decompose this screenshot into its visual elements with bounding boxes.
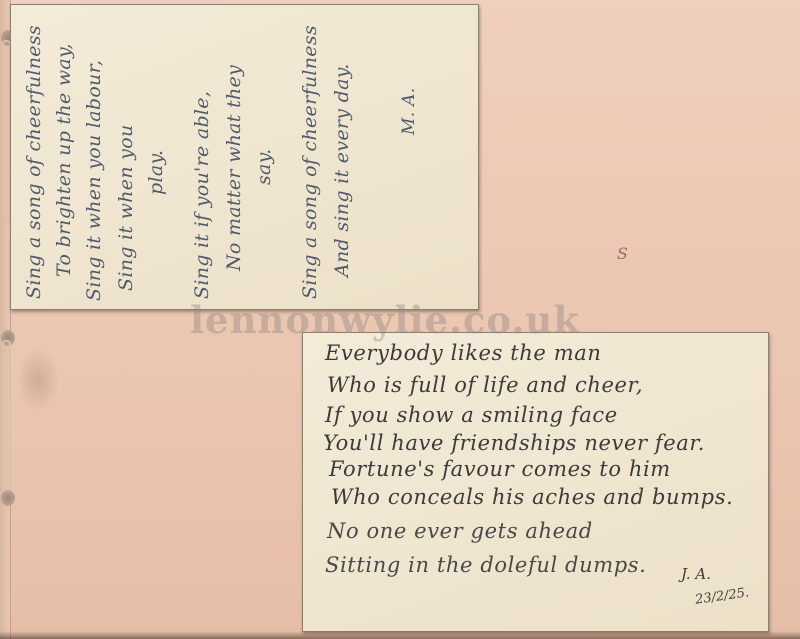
poem-line: If you show a smiling face: [325, 403, 618, 427]
poem-line: Sing a song of cheerfulness: [299, 25, 321, 299]
watermark: lennonwylie.co.uk: [190, 298, 580, 342]
poem-line: No one ever gets ahead: [327, 519, 593, 543]
binding-string-bottom: [2, 340, 11, 494]
poem-line: say.: [253, 148, 275, 185]
poem-line: And sing it every day.: [331, 63, 353, 277]
margin-mark: S: [617, 244, 628, 263]
poem-line: No matter what they: [223, 65, 245, 271]
poem-line: Sing it when you labour,: [83, 60, 105, 301]
poem-line: Sing a song of cheerfulness: [23, 25, 45, 299]
poem-line: To brighten up the way,: [53, 43, 75, 277]
binding-hole-bottom: [1, 490, 15, 506]
poem-line: Sing it when you: [115, 124, 137, 291]
poem-card-rotated: Sing a song of cheerfulness To brighten …: [10, 4, 479, 310]
poem-signature: M. A.: [399, 88, 419, 135]
poem-line: Who is full of life and cheer,: [327, 373, 643, 397]
poem-line: Fortune's favour comes to him: [329, 457, 671, 481]
poem-line: Sitting in the doleful dumps.: [325, 553, 646, 577]
poem-card-horizontal: Everybody likes the man Who is full of l…: [302, 332, 769, 632]
poem-date: 23/2/25.: [694, 585, 750, 607]
poem-line: You'll have friendships never fear.: [323, 431, 705, 455]
rotated-text-block: Sing a song of cheerfulness To brighten …: [11, 5, 478, 305]
poem-line: Everybody likes the man: [325, 341, 601, 365]
poem-line: Who conceals his aches and bumps.: [331, 485, 733, 509]
poem-line: Sing it if you're able,: [191, 91, 213, 299]
album-page: S Sing a song of cheerfulness To brighte…: [0, 0, 800, 639]
page-edge-shadow: [0, 631, 800, 639]
poem-signature: J. A.: [681, 565, 711, 583]
poem-line: play.: [145, 150, 167, 195]
